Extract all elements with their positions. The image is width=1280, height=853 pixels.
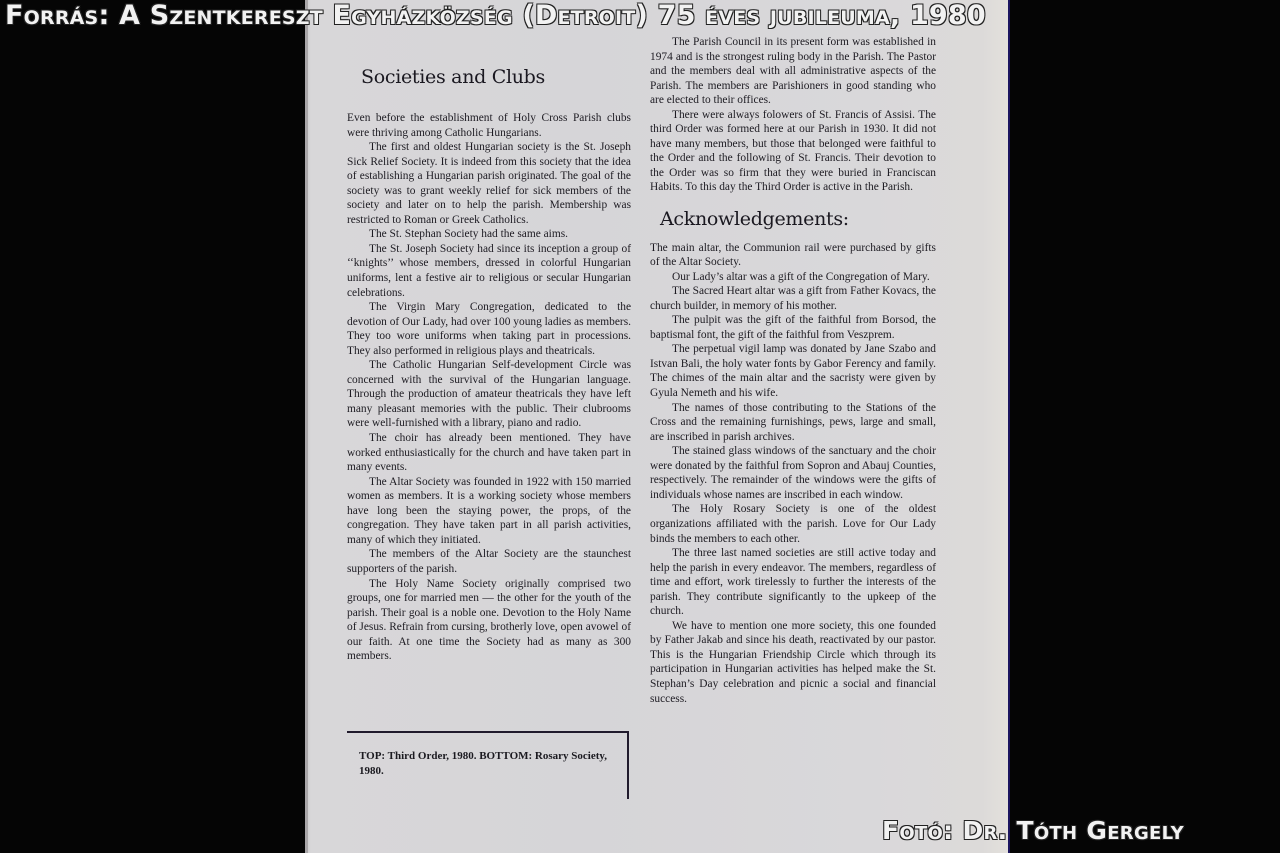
paragraph: The Altar Society was founded in 1922 wi… xyxy=(347,475,631,548)
photo-caption: TOP: Third Order, 1980. BOTTOM: Rosary S… xyxy=(359,749,609,779)
paragraph: Even before the establishment of Holy Cr… xyxy=(347,111,631,140)
paragraph: The Catholic Hungarian Self-development … xyxy=(347,358,631,431)
paragraph: The members of the Altar Society are the… xyxy=(347,547,631,576)
paragraph: The Sacred Heart altar was a gift from F… xyxy=(650,284,936,313)
societies-heading: Societies and Clubs xyxy=(361,66,545,88)
paragraph: The first and oldest Hungarian society i… xyxy=(347,140,631,227)
paragraph: The Holy Rosary Society is one of the ol… xyxy=(650,502,936,546)
paragraph: The three last named societies are still… xyxy=(650,546,936,619)
source-banner: Forrás: A Szentkereszt Egyházközség (Det… xyxy=(5,0,986,31)
paragraph: The main altar, the Communion rail were … xyxy=(650,241,936,270)
photo-caption-box: TOP: Third Order, 1980. BOTTOM: Rosary S… xyxy=(347,731,629,799)
paragraph: The St. Joseph Society had since its inc… xyxy=(347,242,631,300)
paragraph: The St. Stephan Society had the same aim… xyxy=(347,227,631,242)
left-column: Even before the establishment of Holy Cr… xyxy=(347,111,631,664)
paragraph: The Virgin Mary Congregation, dedicated … xyxy=(347,300,631,358)
paragraph: The Holy Name Society originally compris… xyxy=(347,577,631,664)
page-outer-edge xyxy=(1008,0,1010,853)
paragraph: We have to mention one more society, thi… xyxy=(650,619,936,706)
right-column: The Parish Council in its present form w… xyxy=(650,35,936,706)
paragraph: The pulpit was the gift of the faithful … xyxy=(650,313,936,342)
acknowledgements-heading: Acknowledgements: xyxy=(660,212,936,227)
paragraph: The stained glass windows of the sanctua… xyxy=(650,444,936,502)
paragraph: The names of those contributing to the S… xyxy=(650,401,936,445)
photo-credit: Fotó: Dr. Tóth Gergely xyxy=(882,816,1184,845)
paragraph: There were always folowers of St. Franci… xyxy=(650,108,936,195)
paragraph: The perpetual vigil lamp was donated by … xyxy=(650,342,936,400)
page-binding-edge xyxy=(305,0,308,853)
paragraph: The Parish Council in its present form w… xyxy=(650,35,936,108)
paragraph: Our Lady’s altar was a gift of the Congr… xyxy=(650,270,936,285)
paragraph: The choir has already been mentioned. Th… xyxy=(347,431,631,475)
